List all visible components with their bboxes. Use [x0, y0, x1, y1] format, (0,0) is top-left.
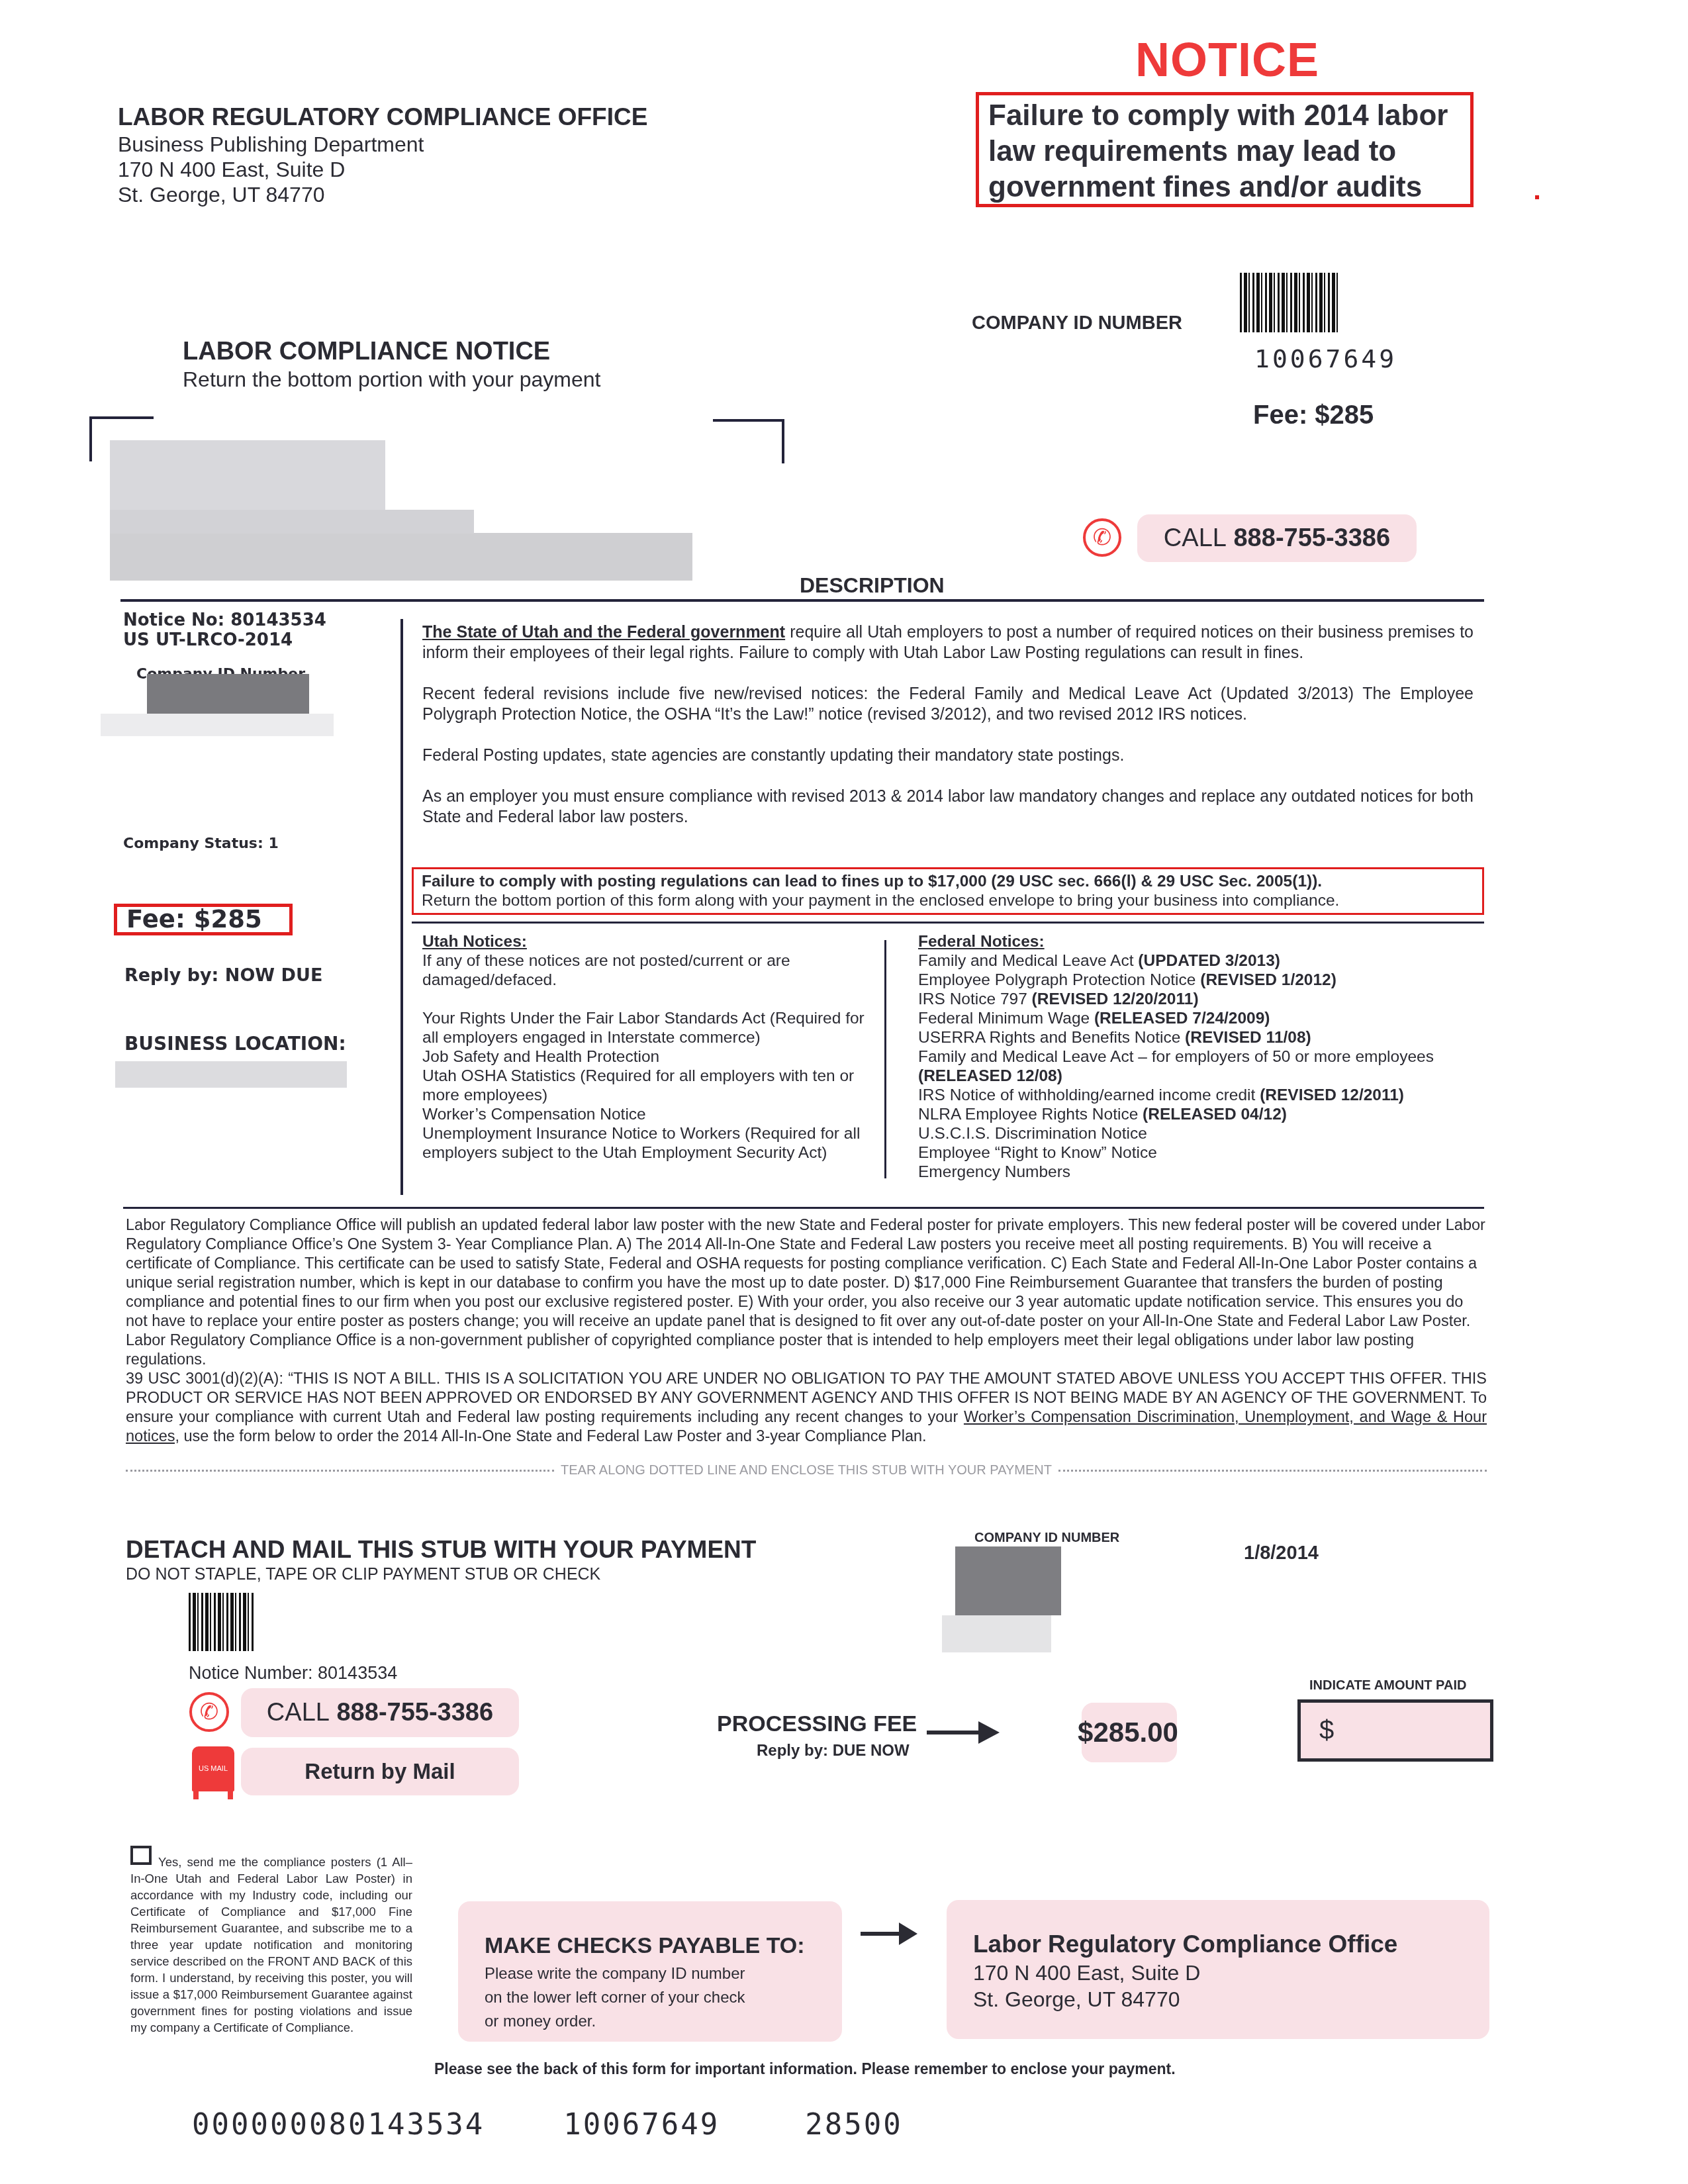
federal-notice-item: Emergency Numbers: [918, 1163, 1481, 1182]
federal-notices-heading: Federal Notices:: [918, 932, 1481, 951]
sender-block: LABOR REGULATORY COMPLIANCE OFFICE Busin…: [118, 103, 647, 207]
ocr-amount: 28500: [805, 2108, 902, 2142]
utah-notices-intro: If any of these notices are not posted/c…: [422, 951, 806, 990]
phone-icon: ✆: [189, 1692, 229, 1732]
mailbox-icon: US MAIL: [192, 1746, 234, 1798]
federal-notice-status: (RELEASED 7/24/2009): [1094, 1010, 1270, 1027]
notices-divider: [412, 922, 1484, 924]
payee-box: Labor Regulatory Compliance Office 170 N…: [947, 1900, 1489, 2039]
stub-company-id-label: COMPANY ID NUMBER: [974, 1531, 1119, 1546]
notice-barcode: [189, 1593, 255, 1651]
fines-warning-line2: Return the bottom portion of this form a…: [422, 892, 1474, 910]
stub-date: 1/8/2014: [1244, 1543, 1319, 1564]
payee-address-line2: St. George, UT 84770: [973, 1986, 1463, 2013]
stub-company-id-redacted: [955, 1546, 1061, 1615]
red-dot: [1535, 195, 1539, 199]
company-id-label: COMPANY ID NUMBER: [972, 312, 1182, 334]
ocr-notice-number: 000000080143534: [192, 2108, 485, 2142]
notices-column-divider: [884, 940, 886, 1178]
arrow-icon: [927, 1731, 980, 1734]
fine-print-disclaimer: 39 USC 3001(d)(2)(A): “THIS IS NOT A BIL…: [126, 1369, 1487, 1446]
stub-reply-by: Reply by: DUE NOW: [757, 1742, 910, 1760]
company-id-barcode: [1240, 273, 1338, 332]
address-window-bracket: [91, 416, 154, 419]
fines-warning-line1: Failure to comply with posting regulatio…: [422, 872, 1474, 892]
compliance-notice-header: LABOR COMPLIANCE NOTICE Return the botto…: [183, 336, 600, 392]
reply-by: Reply by: NOW DUE: [124, 965, 322, 986]
stub-call-label: CALL: [267, 1699, 330, 1727]
sender-department: Business Publishing Department: [118, 132, 647, 157]
call-button[interactable]: CALL 888-755-3386: [1137, 514, 1417, 562]
description-heading: DESCRIPTION: [800, 573, 945, 598]
address-window-bracket: [89, 416, 92, 461]
stub-subtitle: DO NOT STAPLE, TAPE OR CLIP PAYMENT STUB…: [126, 1565, 600, 1584]
utah-notices: Utah Notices: If any of these notices ar…: [422, 932, 879, 1163]
notice-title: NOTICE: [1135, 33, 1319, 87]
column-divider: [400, 619, 403, 1195]
federal-notice-item: IRS Notice of withholding/earned income …: [918, 1086, 1481, 1105]
business-location-label: BUSINESS LOCATION:: [124, 1033, 346, 1055]
arrow-icon: [899, 1923, 917, 1945]
return-by-mail-label: Return by Mail: [305, 1759, 455, 1784]
stub-company-id-redacted: [942, 1615, 1051, 1652]
description-paragraph-2: Recent federal revisions include five ne…: [422, 684, 1474, 725]
stub-title: DETACH AND MAIL THIS STUB WITH YOUR PAYM…: [126, 1536, 756, 1564]
description-body: The State of Utah and the Federal govern…: [422, 622, 1474, 828]
sidebar-company-id-redacted: [101, 714, 334, 736]
recipient-address-redacted: [110, 533, 692, 581]
notice-code: US UT-LRCO-2014: [123, 630, 375, 650]
utah-notice-item: Your Rights Under the Fair Labor Standar…: [422, 1009, 879, 1047]
notice-warning-box: Failure to comply with 2014 labor law re…: [976, 92, 1474, 207]
federal-notice-item: Family and Medical Leave Act (UPDATED 3/…: [918, 951, 1481, 971]
business-location-redacted: [115, 1061, 347, 1088]
arrow-icon: [861, 1932, 904, 1936]
ocr-company-id: 10067649: [563, 2108, 720, 2142]
description-lead: The State of Utah and the Federal govern…: [422, 623, 785, 641]
amount-paid-prefix: $: [1319, 1716, 1334, 1746]
utah-notice-item: Job Safety and Health Protection: [422, 1047, 879, 1067]
ocr-line: 000000080143534 10067649 28500: [192, 2108, 903, 2142]
fine-print-body: Labor Regulatory Compliance Office will …: [126, 1215, 1487, 1369]
utah-notice-item: Worker’s Compensation Notice: [422, 1105, 879, 1124]
sidebar-company-id-redacted: [147, 674, 309, 714]
header-fee: Fee: $285: [1253, 401, 1374, 430]
federal-notice-item: Employee Polygraph Protection Notice (RE…: [918, 971, 1481, 990]
federal-notices-list: Family and Medical Leave Act (UPDATED 3/…: [918, 951, 1481, 1182]
federal-notice-status: (UPDATED 3/2013): [1138, 952, 1280, 970]
sender-address-line2: St. George, UT 84770: [118, 182, 647, 207]
sender-name: LABOR REGULATORY COMPLIANCE OFFICE: [118, 103, 647, 132]
fines-warning-box: Failure to comply with posting regulatio…: [412, 867, 1484, 915]
processing-fee-label: PROCESSING FEE: [717, 1711, 917, 1737]
notice-number: Notice No: 80143534: [123, 610, 375, 630]
sidebar-fee-box: Fee: $285: [114, 904, 293, 935]
order-checkbox-text: Yes, send me the compliance posters (1 A…: [130, 1854, 412, 2036]
federal-notice-item: Family and Medical Leave Act – for emplo…: [918, 1047, 1481, 1086]
federal-notice-status: (RELEASED 04/12): [1143, 1106, 1287, 1123]
call-label: CALL: [1164, 524, 1227, 553]
stub-phone-number: 888-755-3386: [336, 1699, 493, 1727]
description-paragraph-3: Federal Posting updates, state agencies …: [422, 745, 1474, 766]
arrow-icon: [978, 1721, 1000, 1744]
compliance-notice-title: LABOR COMPLIANCE NOTICE: [183, 336, 600, 367]
tear-line: TEAR ALONG DOTTED LINE AND ENCLOSE THIS …: [126, 1463, 1487, 1478]
payee-name: Labor Regulatory Compliance Office: [973, 1929, 1463, 1960]
phone-number: 888-755-3386: [1233, 524, 1390, 553]
utah-notice-item: Utah OSHA Statistics (Required for all e…: [422, 1067, 879, 1105]
fine-print-divider: [123, 1207, 1484, 1209]
description-paragraph-1: The State of Utah and the Federal govern…: [422, 622, 1474, 663]
stub-notice-number: Notice Number: 80143534: [189, 1663, 397, 1684]
fine-print: Labor Regulatory Compliance Office will …: [126, 1215, 1487, 1446]
compliance-notice-subtitle: Return the bottom portion with your paym…: [183, 367, 600, 392]
federal-notices: Federal Notices: Family and Medical Leav…: [918, 932, 1481, 1182]
utah-notices-heading: Utah Notices:: [422, 932, 879, 951]
stub-call-button[interactable]: CALL 888-755-3386: [241, 1688, 519, 1737]
federal-notice-item: USERRA Rights and Benefits Notice (REVIS…: [918, 1028, 1481, 1047]
utah-notice-item: Unemployment Insurance Notice to Workers…: [422, 1124, 879, 1163]
sidebar-fee: Fee: $285: [126, 907, 289, 932]
sidebar: Notice No: 80143534 US UT-LRCO-2014 Comp…: [123, 610, 375, 683]
description-divider: [120, 599, 1484, 602]
federal-notice-status: (REVISED 11/08): [1185, 1029, 1311, 1047]
federal-notice-status: (REVISED 12/2011): [1260, 1086, 1404, 1104]
federal-notice-status: (RELEASED 12/08): [918, 1067, 1062, 1085]
recipient-address-redacted: [110, 510, 474, 534]
company-id-number: 10067649: [1254, 344, 1397, 373]
federal-notice-item: IRS Notice 797 (REVISED 12/20/2011): [918, 990, 1481, 1009]
return-by-mail-button[interactable]: Return by Mail: [241, 1748, 519, 1795]
description-paragraph-4: As an employer you must ensure complianc…: [422, 786, 1474, 828]
company-status: Company Status: 1: [123, 835, 279, 852]
phone-icon: ✆: [1083, 518, 1121, 557]
indicate-amount-label: INDICATE AMOUNT PAID: [1309, 1678, 1466, 1693]
processing-fee-amount: $285.00: [1082, 1703, 1174, 1762]
address-window-bracket: [713, 419, 784, 422]
payee-address-line1: 170 N 400 East, Suite D: [973, 1960, 1463, 1986]
federal-notice-status: (REVISED 1/2012): [1200, 971, 1336, 989]
federal-notice-item: U.S.C.I.S. Discrimination Notice: [918, 1124, 1481, 1143]
amount-paid-field[interactable]: $: [1297, 1699, 1493, 1762]
federal-notice-item: NLRA Employee Rights Notice (RELEASED 04…: [918, 1105, 1481, 1124]
payable-heading: MAKE CHECKS PAYABLE TO:: [485, 1932, 816, 1960]
federal-notice-item: Federal Minimum Wage (RELEASED 7/24/2009…: [918, 1009, 1481, 1028]
tear-line-text: TEAR ALONG DOTTED LINE AND ENCLOSE THIS …: [561, 1463, 1052, 1478]
address-window-bracket: [782, 419, 784, 463]
notice-warning-text: Failure to comply with 2014 labor law re…: [988, 98, 1461, 205]
federal-notice-item: Employee “Right to Know” Notice: [918, 1143, 1481, 1163]
payable-instructions: Please write the company ID number on th…: [485, 1962, 763, 2034]
sender-address-line1: 170 N 400 East, Suite D: [118, 157, 647, 182]
footer-note: Please see the back of this form for imp…: [434, 2060, 1176, 2078]
federal-notice-status: (REVISED 12/20/2011): [1032, 990, 1199, 1008]
payable-instructions-box: MAKE CHECKS PAYABLE TO: Please write the…: [458, 1901, 842, 2042]
